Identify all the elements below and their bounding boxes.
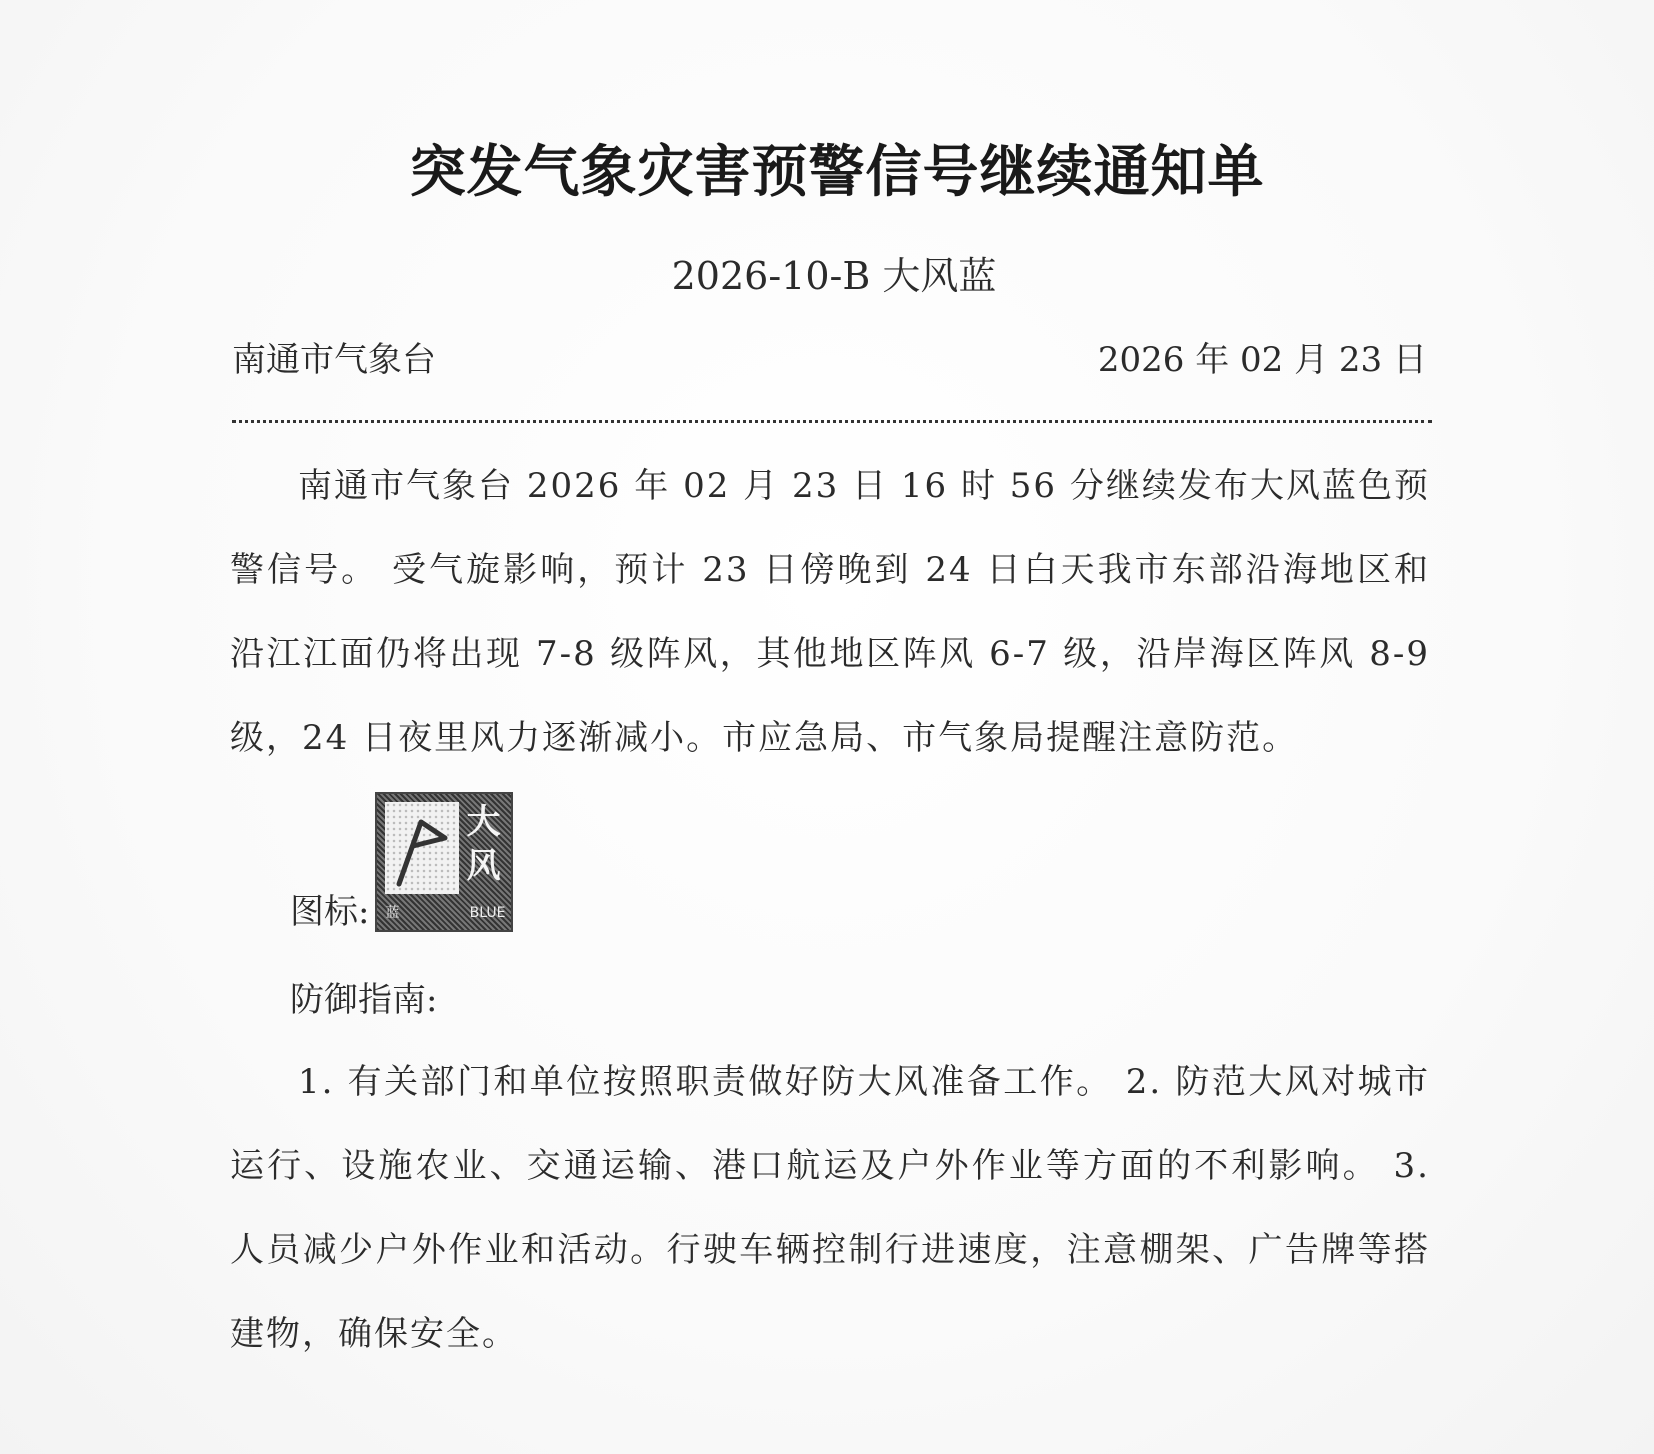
scanned-page: 突发气象灾害预警信号继续通知单 2026-10-B 大风蓝 南通市气象台 202…: [0, 0, 1654, 1454]
icon-color-label-en: BLUE: [470, 900, 506, 926]
dotted-divider: [232, 420, 1432, 423]
defense-guide-paragraph: 1. 有关部门和单位按照职责做好防大风准备工作。 2. 防范大风对城市运行、设施…: [230, 1040, 1430, 1376]
icon-row: 图标: 大 风 蓝 BLUE: [290, 792, 513, 932]
icon-char-da: 大: [466, 800, 500, 844]
icon-bottom-bar: 蓝 BLUE: [385, 900, 505, 926]
document-title: 突发气象灾害预警信号继续通知单: [0, 128, 1654, 208]
icon-color-label: 蓝: [385, 900, 399, 926]
issue-date: 2026 年 02 月 23 日: [1098, 332, 1427, 381]
icon-label: 图标:: [290, 892, 369, 932]
warning-body-paragraph: 南通市气象台 2026 年 02 月 23 日 16 时 56 分继续发布大风蓝…: [230, 444, 1430, 780]
wind-flag-icon: [385, 802, 459, 894]
wind-blue-warning-icon: 大 风 蓝 BLUE: [375, 792, 513, 932]
icon-chars: 大 风: [461, 800, 505, 888]
icon-char-feng: 风: [466, 844, 500, 888]
issuer-name: 南通市气象台: [232, 332, 436, 381]
header-meta-row: 南通市气象台 2026 年 02 月 23 日: [232, 332, 1427, 381]
defense-guide-heading: 防御指南:: [290, 975, 437, 1025]
document-number: 2026-10-B 大风蓝: [0, 245, 1654, 300]
